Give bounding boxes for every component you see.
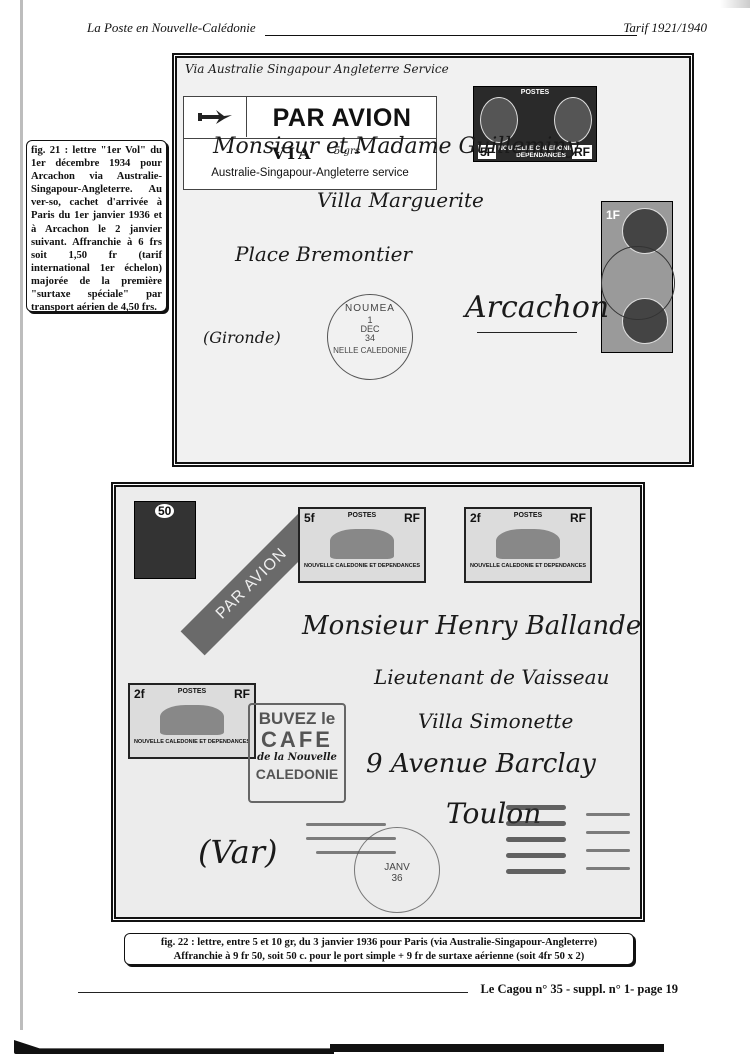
address-line-4: 9 Avenue Barclay [366, 749, 596, 779]
address-line-3: Place Bremontier [235, 242, 412, 266]
address-line-1: Monsieur Henry Ballande [302, 611, 641, 641]
address-region: (Gironde) [203, 328, 281, 347]
figure-22-caption-line-2: Affranchie à 9 fr 50, soit 50 c. pour le… [125, 950, 633, 964]
plane-icon [184, 97, 247, 137]
city-underline [477, 332, 577, 333]
stamp-5f-ship: 5f POSTES RF NOUVELLE CALEDONIE ET DEPEN… [298, 507, 426, 583]
running-header: La Poste en Nouvelle-Calédonie Tarif 192… [87, 20, 707, 40]
address-line-2: Lieutenant de Vaisseau [374, 665, 609, 689]
figure-21-envelope: Via Australie Singapour Angleterre Servi… [175, 56, 691, 464]
noumea-postmark: NOUMEA 1 DEC 34 NELLE CALEDONIE [327, 294, 413, 380]
header-rule [265, 35, 637, 36]
postmark-stamp-1f [601, 246, 675, 320]
airmail-service: Australie-Singapour-Angleterre service [184, 167, 436, 179]
figure-22-caption: fig. 22 : lettre, entre 5 et 10 gr, du 3… [124, 933, 634, 965]
stamp-50c: 50 [134, 501, 196, 579]
footer-rule [78, 992, 468, 993]
address-line-1: Monsieur et Madame Guilleminy [213, 134, 579, 159]
page-bottom-edge-right [330, 1044, 664, 1052]
stamp-2f-ship-second: 2f POSTES RF NOUVELLE CALEDONIE ET DEPEN… [128, 683, 256, 759]
address-city: Arcachon [465, 290, 609, 325]
handwritten-route: Via Australie Singapour Angleterre Servi… [185, 62, 449, 76]
page-binding-edge [20, 0, 23, 1030]
stamp-2f-ship: 2f POSTES RF NOUVELLE CALEDONIE ET DEPEN… [464, 507, 592, 583]
address-line-3: Villa Simonette [418, 709, 573, 733]
figure-21-caption: fig. 21 : lettre "1er Vol" du 1er décemb… [26, 140, 167, 312]
address-line-2: Villa Marguerite [317, 188, 484, 212]
cafe-cachet: BUVEZ le CAFE de la Nouvelle CALEDONIE [248, 703, 346, 803]
address-region: (Var) [198, 833, 278, 871]
footer-issue: Le Cagou n° 35 - suppl. n° 1- page 19 [480, 982, 678, 997]
running-footer: Le Cagou n° 35 - suppl. n° 1- page 19 [78, 982, 678, 1002]
page-corner-shadow [720, 0, 750, 8]
airmail-title: PAR AVION [248, 99, 436, 137]
page-bottom-edge [14, 1040, 334, 1054]
header-title: La Poste en Nouvelle-Calédonie [87, 20, 256, 36]
figure-22-envelope: 50 PAR AVION 5f POSTES RF NOUVELLE CALED… [114, 485, 642, 919]
figure-22-caption-line-1: fig. 22 : lettre, entre 5 et 10 gr, du 3… [125, 936, 633, 950]
header-tariff: Tarif 1921/1940 [623, 20, 707, 36]
